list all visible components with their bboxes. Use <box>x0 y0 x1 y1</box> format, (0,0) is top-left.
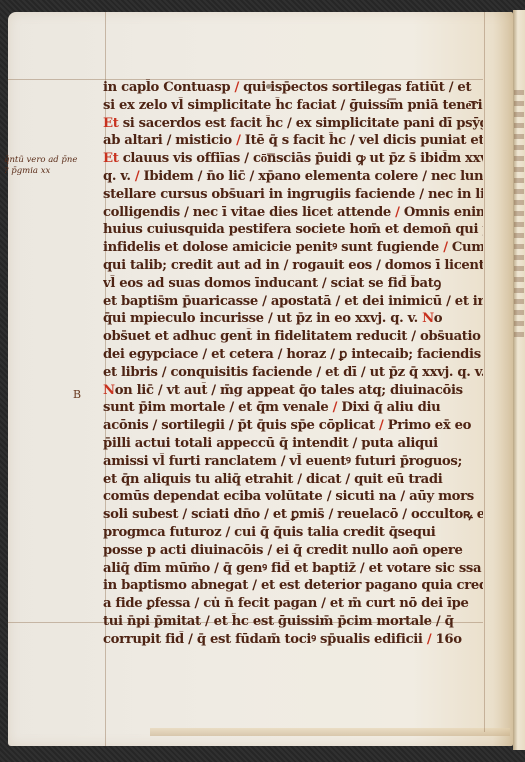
text-segment: Contuasp <box>163 80 234 94</box>
marginal-annotation: q̄ntũ vero ad p̄ne ? p̄gmia xx <box>4 155 104 177</box>
text-line: posse p acti diuinacōis / ei q̄ credit n… <box>103 542 483 559</box>
text-segment: Cum <box>448 241 483 255</box>
text-line: q. v. / Ibidem / n̄o lic̄ / xp̄ano eleme… <box>103 168 483 185</box>
text-segment: et q̄n aliquis tu aliq̄ etrahit / dicat … <box>103 472 442 486</box>
text-segment: q̄ui mpi̇eculo incurisse / ut p̄z in eo … <box>103 312 422 326</box>
text-segment: vl̄ eos ad suas domos īnducant / sciat s… <box>103 276 441 290</box>
text-segment: in baptismo abnegat / et est deteri̇or p… <box>103 579 483 593</box>
text-line: infidelis et dolose amicicie penitꝰ sunt… <box>103 240 483 257</box>
text-line: vl̄ eos ad suas domos īnducant / sciat s… <box>103 275 483 292</box>
text-segment: huius cuiusquida pestifera societe hom̄ … <box>103 223 483 237</box>
text-line: ab altari / misticio / Itē q̄ s facit h̄… <box>103 133 483 150</box>
adjacent-page-text <box>514 90 524 340</box>
text-line: et libris / conquisitis faciende / et dī… <box>103 364 483 381</box>
rubric-mark: N <box>422 312 434 326</box>
text-segment: p̄illi actui totali appeccū q̄ intendit … <box>103 436 438 450</box>
text-segment: aliq̄ dīm mūm̄o / q̄ genꝰ fid̄ et baptiz… <box>103 561 481 575</box>
text-line: si ex zelo vl̄ simplicitate h̄c faciat /… <box>103 97 483 114</box>
text-segment: posse p acti diuinacōis / ei q̄ credit n… <box>103 543 463 557</box>
text-segment: Itē q̄ s facit h̄c / vel dicis puniat et <box>241 134 483 148</box>
text-segment: tui n̄pi p̄mitat / et h̄c est ḡuissim̄ p… <box>103 614 454 628</box>
main-text-block: in capl̄o Contuasp / qui isp̄ectos sorti… <box>103 79 483 649</box>
text-segment: obs̄uet et adhuc gent̄ in fidelitatem re… <box>103 330 481 344</box>
text-segment: 16o <box>431 632 461 646</box>
text-segment: et libris / conquisitis faciende / et dī… <box>103 365 483 379</box>
text-segment: Primo ex̄ eo <box>383 419 471 433</box>
margin-letter-b: B <box>73 388 81 401</box>
text-segment: on lic̄ / vt aut̄ / m̄g appeat q̄o tales… <box>115 383 463 397</box>
text-line: amissi vl̄ furti ranclatem / vl̄ euentꝰ … <box>103 453 483 470</box>
text-line: huius cuiusquida pestifera societe hom̄ … <box>103 222 483 239</box>
text-segment: progmca futuroz / cui q̄ q̄uis talia cre… <box>103 525 435 539</box>
text-line: q̄ui mpi̇eculo incurisse / ut p̄z in eo … <box>103 311 483 328</box>
text-line: tui n̄pi p̄mitat / et h̄c est ḡuissim̄ p… <box>103 613 483 630</box>
rubric-mark: N <box>103 383 115 397</box>
text-segment: colligendis / nec ī vitae dies licet att… <box>103 205 395 219</box>
margin-note-line: q̄ntũ vero ad p̄ne <box>4 155 104 166</box>
text-line: stellare cursus obs̄uari in ingrugiis fa… <box>103 186 483 203</box>
right-ruling-line <box>484 12 485 732</box>
text-line: colligendis / nec ī vitae dies licet att… <box>103 204 483 221</box>
text-segment: corrupit fid̄ / q̄ est fūdam̄ tociꝰ sp̄u… <box>103 632 427 646</box>
text-line: comūs dependat eciba volūtate / sicuti n… <box>103 489 483 506</box>
text-line: in baptismo abnegat / et est deteri̇or p… <box>103 578 483 595</box>
text-segment: amissi vl̄ furti ranclatem / vl̄ euentꝰ … <box>103 454 462 468</box>
text-line: p̄illi actui totali appeccū q̄ intendit … <box>103 435 483 452</box>
text-segment: stellare cursus obs̄uari in ingrugiis fa… <box>103 187 483 201</box>
text-line: qui talib; credit aut ad in / rogauit eo… <box>103 257 483 274</box>
page-bottom-edge <box>150 728 510 736</box>
text-segment: si sacerdos est facit h̄c / ex simplicit… <box>118 116 483 130</box>
text-line: acōnis / sortilegii / p̄t q̄uis sp̄e cōp… <box>103 418 483 435</box>
text-line: Et si sacerdos est facit h̄c / ex simpli… <box>103 115 483 132</box>
text-segment: q. v. <box>103 169 135 183</box>
text-line: corrupit fid̄ / q̄ est fūdam̄ tociꝰ sp̄u… <box>103 631 483 648</box>
text-line: aliq̄ dīm mūm̄o / q̄ genꝰ fid̄ et baptiz… <box>103 560 483 577</box>
text-line: Et clauus vis offiīas / cō͞nsciās p̄uidi… <box>103 151 483 168</box>
text-segment: Ibidem / n̄o lic̄ / xp̄ano elementa cole… <box>139 169 483 183</box>
text-segment: in capl̄o <box>103 80 163 94</box>
text-segment: Omnis enim artes <box>400 205 483 219</box>
text-line: soli subest / sciati dn̄o / et ꝑmis̄ / r… <box>103 507 483 524</box>
adjacent-page-edge <box>513 10 525 750</box>
text-segment: o <box>434 312 442 326</box>
text-line: et q̄n aliquis tu aliq̄ etrahit / dicat … <box>103 471 483 488</box>
text-segment: qui talib; credit aut ad in / rogauit eo… <box>103 258 483 272</box>
margin-note-line: ? p̄gmia xx <box>4 166 104 177</box>
text-segment: dei egypciace / et cetera / horaz / ꝑ in… <box>103 347 481 361</box>
text-segment: soli subest / sciati dn̄o / et ꝑmis̄ / r… <box>103 508 483 522</box>
text-segment: sunt p̄im mortale / et q̄m venale <box>103 401 333 415</box>
text-segment: ab altari / misticio <box>103 134 236 148</box>
text-segment: clauus vis offiīas / cō͞nsciās p̄uidi ꝙ … <box>118 152 483 166</box>
text-line: in capl̄o Contuasp / qui isp̄ectos sorti… <box>103 79 483 96</box>
text-segment: comūs dependat eciba volūtate / sicuti n… <box>103 490 474 504</box>
text-segment: qui isp̄ectos sortilegas fatiūt / et <box>239 80 471 94</box>
text-line: Non lic̄ / vt aut̄ / m̄g appeat q̄o tale… <box>103 382 483 399</box>
text-segment: Dixi q̄ aliu diu <box>337 401 440 415</box>
text-segment: et baptis̄m p̄uaricasse / apostatā / et … <box>103 294 483 308</box>
rubric-mark: Et <box>103 116 118 130</box>
text-line: dei egypciace / et cetera / horaz / ꝑ in… <box>103 346 483 363</box>
text-segment: acōnis / sortilegii / p̄t q̄uis sp̄e cōp… <box>103 419 379 433</box>
text-line: sunt p̄im mortale / et q̄m venale / Dixi… <box>103 400 483 417</box>
text-segment: si ex zelo vl̄ simplicitate h̄c faciat /… <box>103 98 482 112</box>
rubric-mark: Et <box>103 152 118 166</box>
text-line: a fide ꝑfessa / cu̇ n̄ fecit pagan / et … <box>103 596 483 613</box>
text-segment: a fide ꝑfessa / cu̇ n̄ fecit pagan / et … <box>103 597 469 611</box>
text-line: progmca futuroz / cui q̄ q̄uis talia cre… <box>103 524 483 541</box>
text-line: et baptis̄m p̄uaricasse / apostatā / et … <box>103 293 483 310</box>
text-segment: infidelis et dolose amicicie penitꝰ sunt… <box>103 241 443 255</box>
text-line: obs̄uet et adhuc gent̄ in fidelitatem re… <box>103 329 483 346</box>
